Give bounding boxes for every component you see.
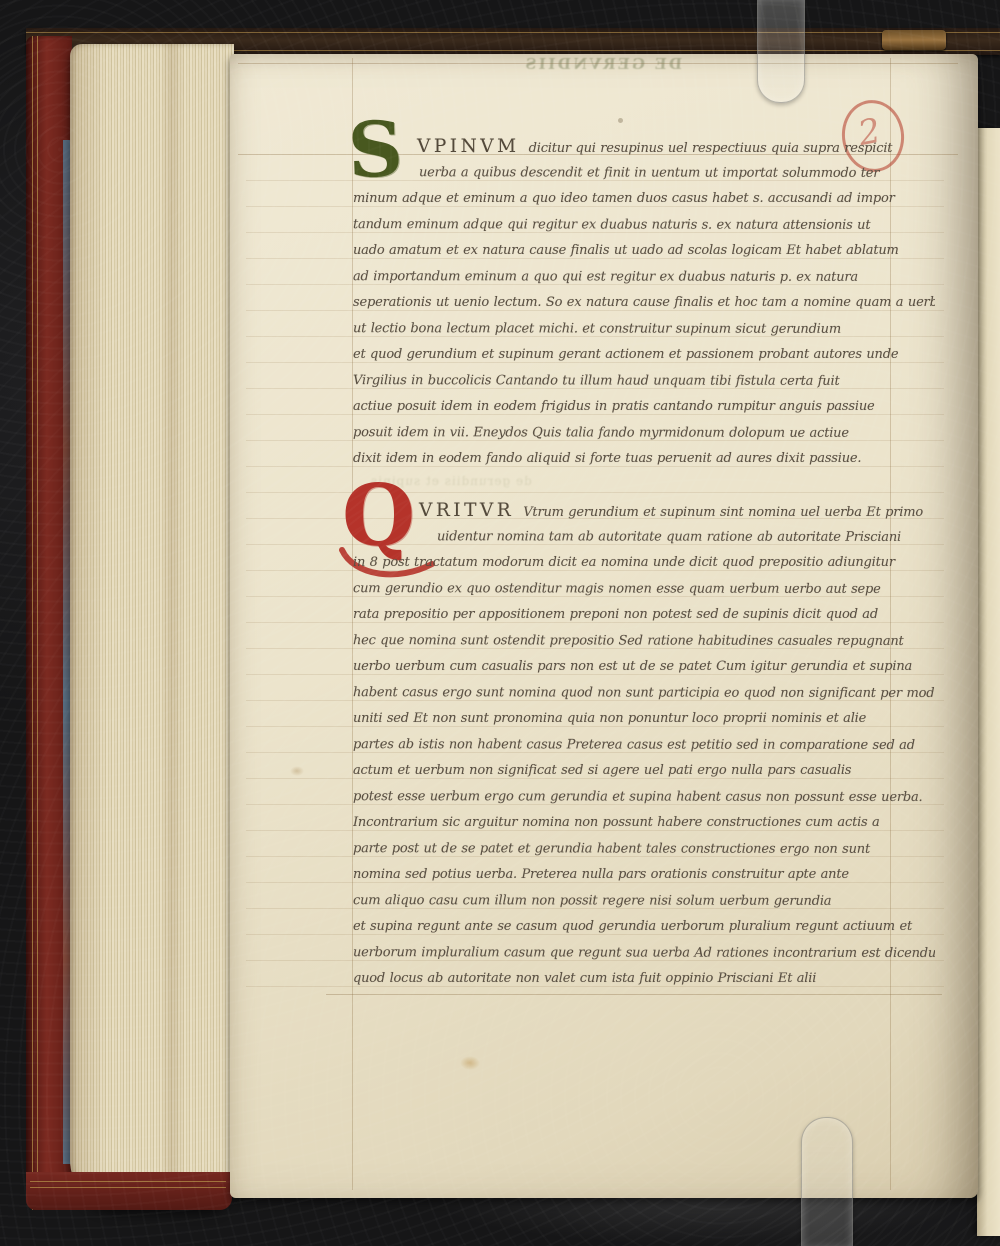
paragraph-queritur: VRITVRVtrum gerundium et supinum sint no…: [353, 498, 935, 992]
manuscript-text-line: VRITVRVtrum gerundium et supinum sint no…: [353, 498, 935, 524]
gold-fillet-line: [30, 1181, 226, 1182]
manuscript-page: DE GERVNDIIS 2 de gerundiis et supinis S…: [230, 54, 978, 1198]
manuscript-text-line: et supina regunt ante se casum quod geru…: [353, 914, 935, 940]
paragraph-lines: uidentur nomina tam ab autoritate quam r…: [353, 524, 935, 992]
manuscript-text-line: uerbo uerbum cum casualis pars non est u…: [353, 654, 935, 680]
gold-fillet-line: [32, 36, 33, 1210]
manuscript-text-line: hec que nomina sunt ostendit prepositio …: [353, 628, 935, 655]
manuscript-text-line: potest esse uerbum ergo cum gerundia et …: [353, 784, 935, 811]
gold-fillet-line: [30, 1187, 226, 1188]
manuscript-text-line: parte post ut de se patet et gerundia ha…: [353, 836, 935, 863]
manuscript-text-line: habent casus ergo sunt nomina quod non s…: [353, 680, 935, 707]
manuscript-text-line: seperationis ut uenio lectum. So ex natu…: [353, 290, 935, 316]
manuscript-text-line: cum aliquo casu cum illum non possit reg…: [353, 888, 935, 915]
plastic-clip-bottom: [801, 1117, 853, 1246]
parchment-stain: [290, 766, 304, 776]
manuscript-text-line: uerba a quibus descendit et finit in uen…: [353, 160, 935, 187]
heading-word: VRITVR: [419, 500, 514, 521]
heading-word: VPINVM: [417, 136, 520, 157]
manuscript-text-line: ad importandum eminum a quo qui est regi…: [353, 264, 935, 291]
facing-page-edge: [977, 128, 1000, 1236]
manuscript-text-line: cum gerundio ex quo ostenditur magis nom…: [353, 576, 935, 603]
manuscript-text-line: rata prepositio per appositionem preponi…: [353, 602, 935, 628]
manuscript-text-line: Virgilius in buccolicis Cantando tu illu…: [353, 368, 935, 395]
clasp-remnant: [882, 30, 946, 50]
manuscript-text-line: tandum eminum adque qui regitur ex duabu…: [353, 212, 935, 239]
photograph-background: DE GERVNDIIS 2 de gerundiis et supinis S…: [0, 0, 1000, 1246]
ink-speck: [618, 118, 623, 123]
manuscript-text-line: Incontrarium sic arguitur nomina non pos…: [353, 810, 935, 836]
plastic-clip-top: [757, 0, 805, 103]
manuscript-text-line: uerborum impluralium casum que regunt su…: [353, 940, 935, 967]
manuscript-text-line: et quod gerundium et supinum gerant acti…: [353, 342, 935, 368]
book-cover-bottom-edge: [26, 1172, 232, 1210]
manuscript-text-line: ut lectio bona lectum placet michi. et c…: [353, 316, 935, 343]
manuscript-text-line: quod locus ab autoritate non valet cum i…: [353, 966, 935, 992]
manuscript-text-line: uniti sed Et non sunt pronomina quia non…: [353, 706, 935, 732]
manuscript-text-line: partes ab istis non habent casus Pretere…: [353, 732, 935, 759]
manuscript-text-line: uidentur nomina tam ab autoritate quam r…: [353, 524, 935, 551]
ruling-bottom-line: [326, 994, 942, 995]
manuscript-text-line: nomina sed potius uerba. Preterea nulla …: [353, 862, 935, 888]
manuscript-text-line: uado amatum et ex natura cause finalis u…: [353, 238, 935, 264]
paragraph-lines: uerba a quibus descendit et finit in uen…: [353, 160, 935, 472]
manuscript-text-line: actum et uerbum non significat sed si ag…: [353, 758, 935, 784]
manuscript-text-line: posuit idem in vii. Eneydos Quis talia f…: [353, 420, 935, 447]
manuscript-text-line: minum adque et eminum a quo ideo tamen d…: [353, 186, 935, 212]
parchment-stain: [460, 1056, 480, 1070]
manuscript-text: Vtrum gerundium et supinum sint nomina u…: [523, 505, 923, 520]
manuscript-text-line: in 8 post tractatum modorum dicit ea nom…: [353, 550, 935, 576]
gold-fillet-line: [37, 36, 38, 1210]
paragraph-supinum: VPINVMdicitur qui resupinus uel respecti…: [353, 134, 935, 472]
manuscript-text-line: dixit idem in eodem fando aliquid si for…: [353, 446, 935, 472]
manuscript-text-line: VPINVMdicitur qui resupinus uel respecti…: [353, 134, 935, 160]
manuscript-text: dicitur qui resupinus uel respectiuus qu…: [529, 141, 893, 156]
gold-fillet-line: [26, 32, 1000, 33]
page-stack-fore-edge: [70, 44, 234, 1208]
ruling-top-line: [238, 63, 958, 64]
showthrough-running-title: DE GERVNDIIS: [511, 55, 682, 73]
manuscript-text-line: actiue posuit idem in eodem frigidus in …: [353, 394, 935, 420]
